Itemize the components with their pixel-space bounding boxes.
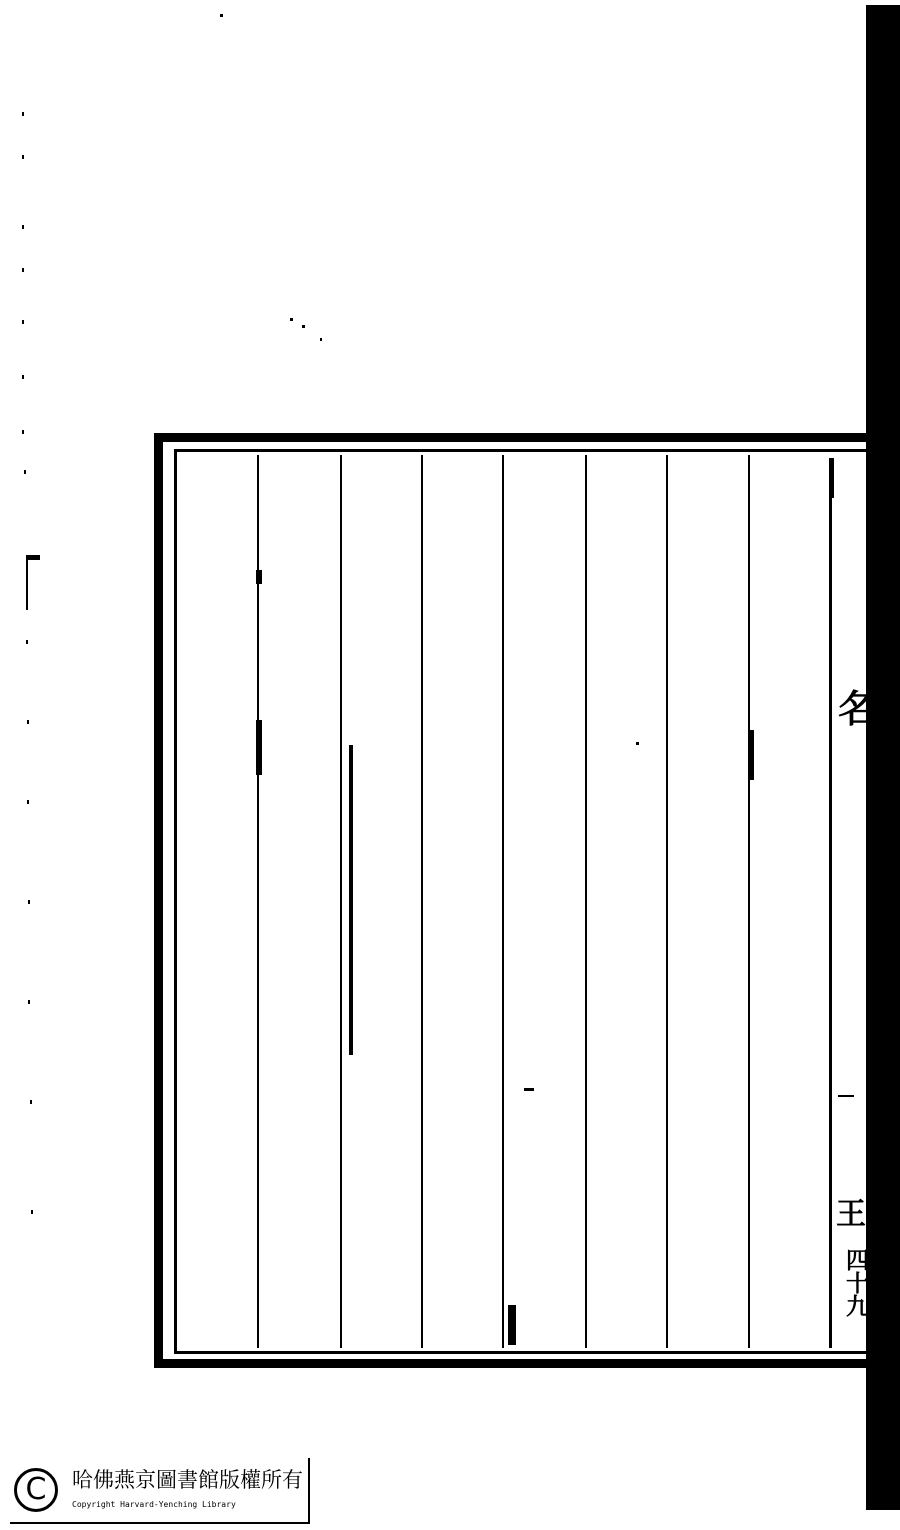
folio-number: 四十九 (835, 1248, 867, 1317)
banxin-rule (829, 458, 832, 1348)
ink-blot (256, 720, 262, 775)
speck (31, 1210, 33, 1214)
speck (320, 338, 322, 341)
speck (22, 268, 24, 272)
ink-blot (508, 1305, 516, 1345)
speck (22, 112, 24, 116)
banxin-title-char: 名 (838, 690, 876, 728)
speck (22, 320, 24, 324)
column-rule (257, 455, 259, 1348)
column-rule (666, 455, 668, 1348)
speck (26, 560, 28, 610)
speck (26, 640, 28, 644)
column-rule (585, 455, 587, 1348)
speck (27, 800, 29, 804)
column-rule (340, 455, 342, 1348)
speck (22, 155, 24, 159)
column-rule (421, 455, 423, 1348)
column-rule (748, 455, 750, 1348)
ink-stroke (349, 745, 353, 1055)
banxin-mark (838, 1095, 854, 1097)
banxin-rule-top (829, 458, 834, 498)
speck (26, 555, 40, 560)
ink-blot (748, 730, 754, 780)
speck (30, 1100, 32, 1104)
speck (22, 225, 24, 229)
copyright-text-chinese: 哈佛燕京圖書館版權所有 (72, 1464, 303, 1494)
speck (27, 720, 29, 724)
ink-blot (524, 1088, 534, 1091)
ink-blot (256, 570, 262, 584)
inner-border-frame (174, 449, 874, 1354)
speck (24, 470, 26, 474)
copyright-text-english: Copyright Harvard-Yenching Library (72, 1500, 236, 1509)
speck (22, 375, 24, 379)
speck (28, 900, 30, 904)
folio-label: 王 (835, 1200, 867, 1230)
speck (22, 430, 24, 434)
column-rule (502, 455, 504, 1348)
ink-speck (636, 742, 639, 745)
speck (290, 318, 293, 321)
speck (28, 1000, 30, 1004)
speck (302, 325, 305, 328)
copyright-icon: C (14, 1468, 58, 1512)
speck (220, 14, 223, 17)
